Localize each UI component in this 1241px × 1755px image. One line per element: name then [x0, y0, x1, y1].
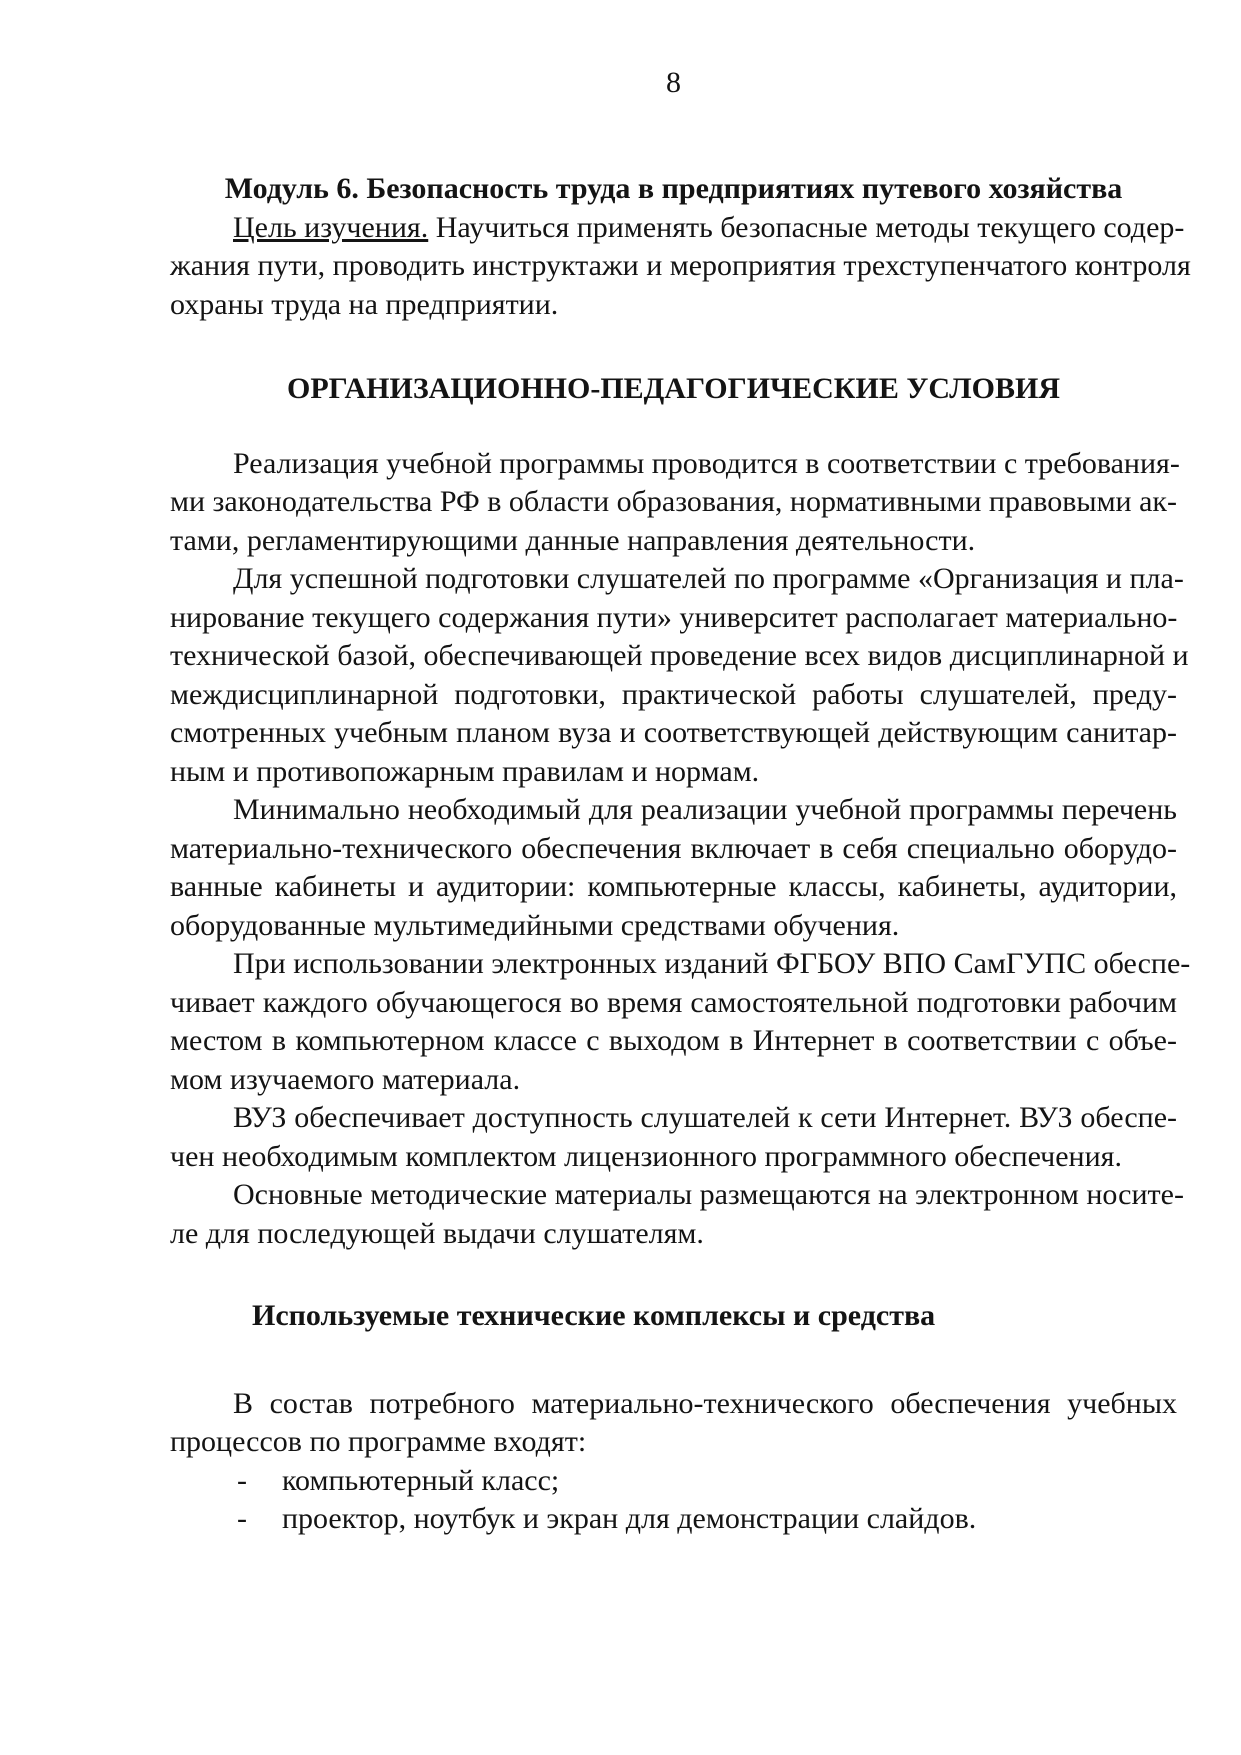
text-line: нирование текущего содержания пути» унив…: [170, 599, 1177, 638]
underlined-lead: Цель изучения.: [233, 211, 428, 244]
list-marker: -: [237, 1500, 247, 1539]
text-line: охраны труда на предприятии.: [170, 286, 1177, 325]
text-line: местом в компьютерном классе с выходом в…: [170, 1022, 1177, 1061]
intro-paragraph: Цель изучения. Научиться применять безоп…: [170, 209, 1177, 325]
text-line: междисциплинарной подготовки, практическ…: [170, 676, 1177, 715]
list-item-text: проектор, ноутбук и экран для демонстрац…: [282, 1502, 976, 1535]
text-line: Реализация учебной программы проводится …: [170, 445, 1177, 484]
paragraph: В состав потребного материально-техничес…: [170, 1385, 1177, 1462]
text-line: В состав потребного материально-техничес…: [170, 1385, 1177, 1424]
list-item: -проектор, ноутбук и экран для демонстра…: [170, 1500, 1177, 1539]
text-line: тами, регламентирующими данные направлен…: [170, 522, 1177, 561]
text-line: ным и противопожарным правилам и нормам.: [170, 753, 1177, 792]
text-line: жания пути, проводить инструктажи и меро…: [170, 247, 1177, 286]
paragraph: ВУЗ обеспечивает доступность слушателей …: [170, 1099, 1177, 1176]
text-line: При использовании электронных изданий ФГ…: [170, 945, 1177, 984]
section2-heading: Используемые технические комплексы и сре…: [252, 1297, 1177, 1336]
text-line: смотренных учебным планом вуза и соответ…: [170, 714, 1177, 753]
text-line: Для успешной подготовки слушателей по пр…: [170, 560, 1177, 599]
section1-heading: ОРГАНИЗАЦИОННО-ПЕДАГОГИЧЕСКИЕ УСЛОВИЯ: [170, 370, 1177, 409]
text-column: Модуль 6. Безопасность труда в предприят…: [170, 0, 1177, 1539]
equipment-list: -компьютерный класс; -проектор, ноутбук …: [170, 1462, 1177, 1539]
list-item: -компьютерный класс;: [170, 1462, 1177, 1501]
text-line: оборудованные мультимедийными средствами…: [170, 907, 1177, 946]
text-line: Цель изучения. Научиться применять безоп…: [170, 209, 1177, 248]
paragraph: При использовании электронных изданий ФГ…: [170, 945, 1177, 1099]
paragraph: Минимально необходимый для реализации уч…: [170, 791, 1177, 945]
lead-rest: Научиться применять безопасные методы те…: [428, 211, 1184, 244]
paragraph: Для успешной подготовки слушателей по пр…: [170, 560, 1177, 791]
document-page: 8 Модуль 6. Безопасность труда в предпри…: [0, 0, 1241, 1755]
module-heading: Модуль 6. Безопасность труда в предприят…: [170, 170, 1177, 209]
text-line: материально-технического обеспечения вкл…: [170, 830, 1177, 869]
list-item-text: компьютерный класс;: [282, 1464, 559, 1497]
text-line: ми законодательства РФ в области образов…: [170, 483, 1177, 522]
text-line: технической базой, обеспечивающей провед…: [170, 637, 1177, 676]
text-line: ВУЗ обеспечивает доступность слушателей …: [170, 1099, 1177, 1138]
text-line: мом изучаемого материала.: [170, 1061, 1177, 1100]
text-line: ле для последующей выдачи слушателям.: [170, 1215, 1177, 1254]
paragraph: Основные методические материалы размещаю…: [170, 1176, 1177, 1253]
text-line: ванные кабинеты и аудитории: компьютерны…: [170, 868, 1177, 907]
text-line: Основные методические материалы размещаю…: [170, 1176, 1177, 1215]
list-marker: -: [237, 1462, 247, 1501]
text-line: чен необходимым комплектом лицензионного…: [170, 1138, 1177, 1177]
text-line: чивает каждого обучающегося во время сам…: [170, 984, 1177, 1023]
text-line: процессов по программе входят:: [170, 1423, 1177, 1462]
paragraph: Реализация учебной программы проводится …: [170, 445, 1177, 561]
text-line: Минимально необходимый для реализации уч…: [170, 791, 1177, 830]
